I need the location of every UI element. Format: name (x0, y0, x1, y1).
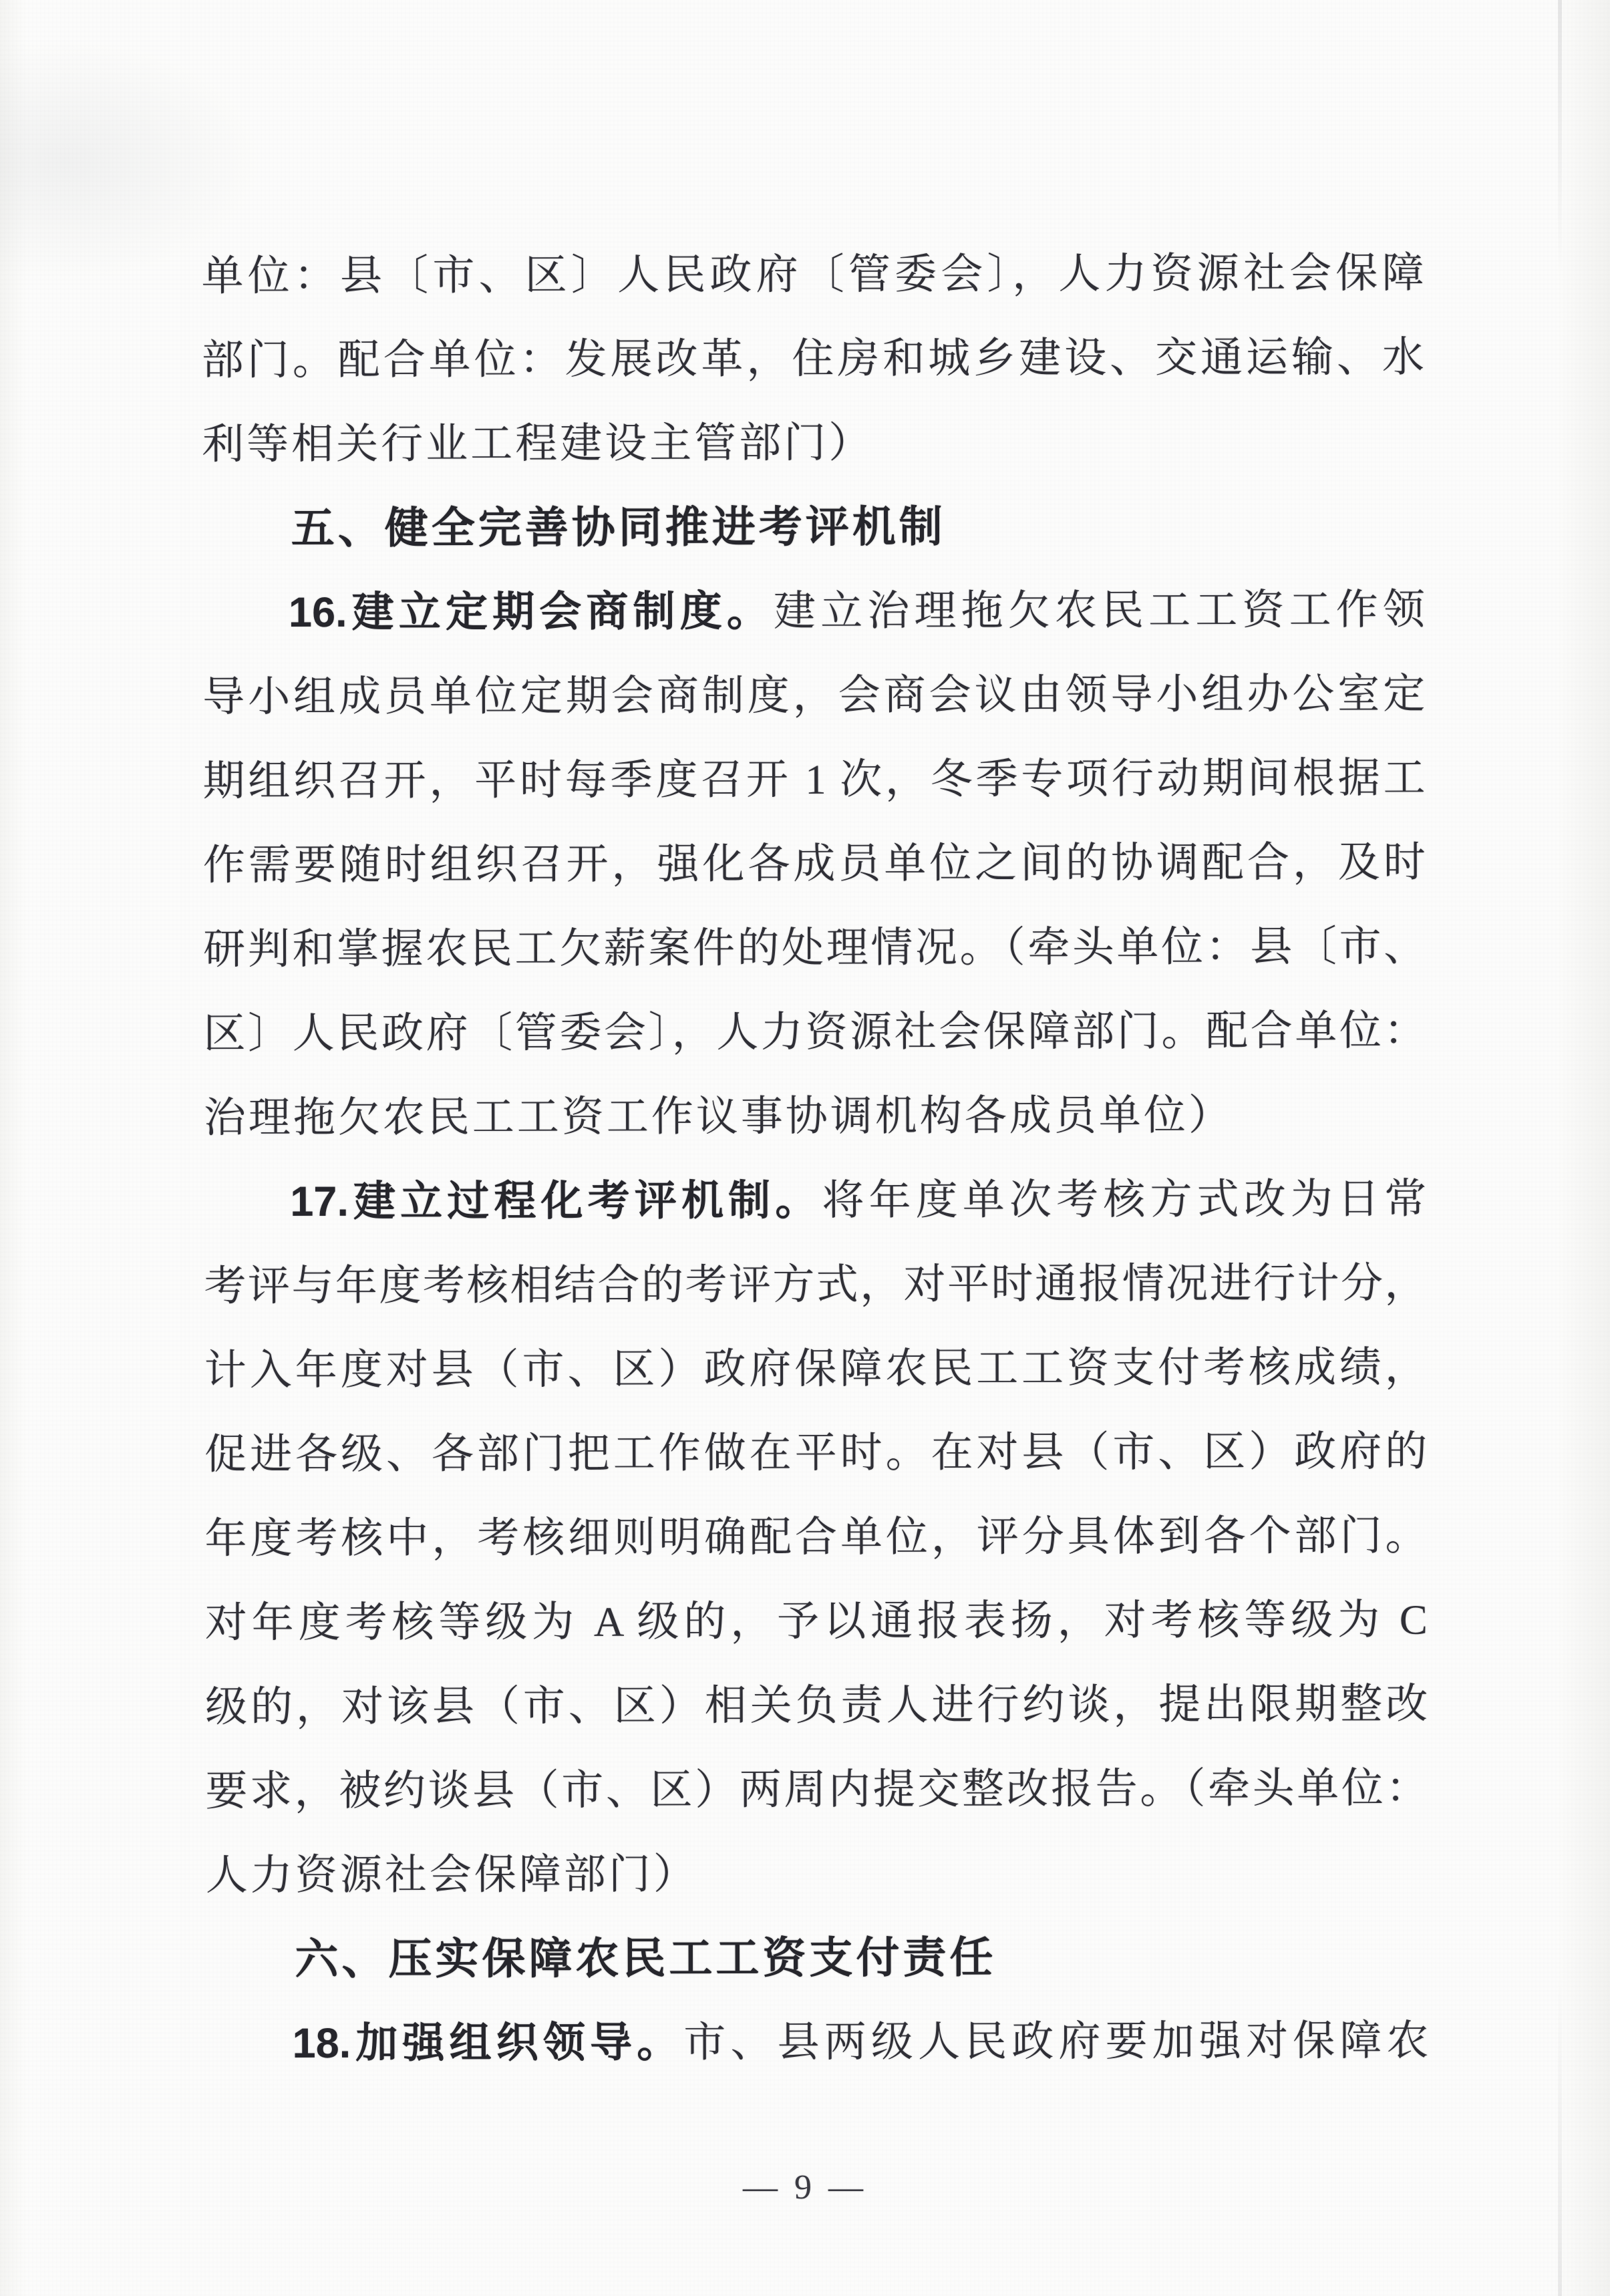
text-line: 治理拖欠农民工工资工作议事协调机构各成员单位） (204, 1073, 1426, 1160)
text-line: 要求，被约谈县（市、区）两周内提交整改报告。（牵头单位： (205, 1746, 1428, 1834)
paragraph-title-16: 16.建立定期会商制度。 (289, 588, 774, 636)
paragraph-lead-line-17: 17.建立过程化考评机制。将年度单次考核方式改为日常 (204, 1157, 1426, 1245)
text-line: 级的，对该县（市、区）相关负责人进行约谈，提出限期整改 (205, 1662, 1428, 1750)
paragraph-lead-line-18: 18.加强组织领导。市、县两级人民政府要加强对保障农 (206, 1999, 1428, 2086)
paragraph-lead-rest: 将年度单次考核方式改为日常 (822, 1176, 1426, 1224)
paragraph-title-18: 18.加强组织领导。 (293, 2019, 684, 2068)
text-line: 期组织召开，平时每季度召开 1 次，冬季专项行动期间根据工 (202, 736, 1425, 824)
text-line: 作需要随时组织召开，强化各成员单位之间的协调配合，及时 (203, 820, 1426, 908)
text-line: 导小组成员单位定期会商制度，会商会议由领导小组办公室定 (202, 652, 1425, 740)
scan-crease-artifact (1558, 0, 1562, 2296)
text-line: 部门。配合单位：发展改革，住房和城乡建设、交通运输、水 (202, 315, 1424, 403)
paragraph-lead-line-16: 16.建立定期会商制度。建立治理拖欠农民工工资工作领 (202, 568, 1425, 655)
text-line: 区〕人民政府〔管委会〕，人力资源社会保障部门。配合单位： (203, 989, 1426, 1076)
text-line: 人力资源社会保障部门） (206, 1830, 1428, 1918)
text-line: 研判和掌握农民工欠薪案件的处理情况。（牵头单位：县〔市、 (203, 905, 1426, 992)
section-heading-5: 五、健全完善协同推进考评机制 (202, 484, 1424, 571)
document-body: 单位：县〔市、区〕人民政府〔管委会〕，人力资源社会保障 部门。配合单位：发展改革… (201, 231, 1428, 2086)
text-line: 计入年度对县（市、区）政府保障农民工工资支付考核成绩， (204, 1325, 1427, 1413)
section-heading-6: 六、压实保障农民工工资支付责任 (206, 1915, 1428, 2002)
page-footer: — 9 — (0, 2168, 1610, 2208)
text-line: 考评与年度考核相结合的考评方式，对平时通报情况进行计分， (204, 1241, 1426, 1329)
text-line: 促进各级、各部门把工作做在平时。在对县（市、区）政府的 (204, 1410, 1427, 1497)
paragraph-lead-rest: 建立治理拖欠农民工工资工作领 (774, 587, 1425, 635)
page-number: — 9 — (743, 2168, 867, 2206)
scanned-document-page: 单位：县〔市、区〕人民政府〔管委会〕，人力资源社会保障 部门。配合单位：发展改革… (0, 0, 1610, 2296)
text-line: 年度考核中，考核细则明确配合单位，评分具体到各个部门。 (204, 1494, 1427, 1581)
paragraph-title-17: 17.建立过程化考评机制。 (290, 1177, 822, 1225)
text-line: 单位：县〔市、区〕人民政府〔管委会〕，人力资源社会保障 (201, 231, 1424, 319)
text-line: 利等相关行业工程建设主管部门） (202, 399, 1424, 487)
text-line: 对年度考核等级为 A 级的，予以通报表扬，对考核等级为 C (205, 1578, 1428, 1665)
paragraph-lead-rest: 市、县两级人民政府要加强对保障农 (683, 2017, 1428, 2066)
